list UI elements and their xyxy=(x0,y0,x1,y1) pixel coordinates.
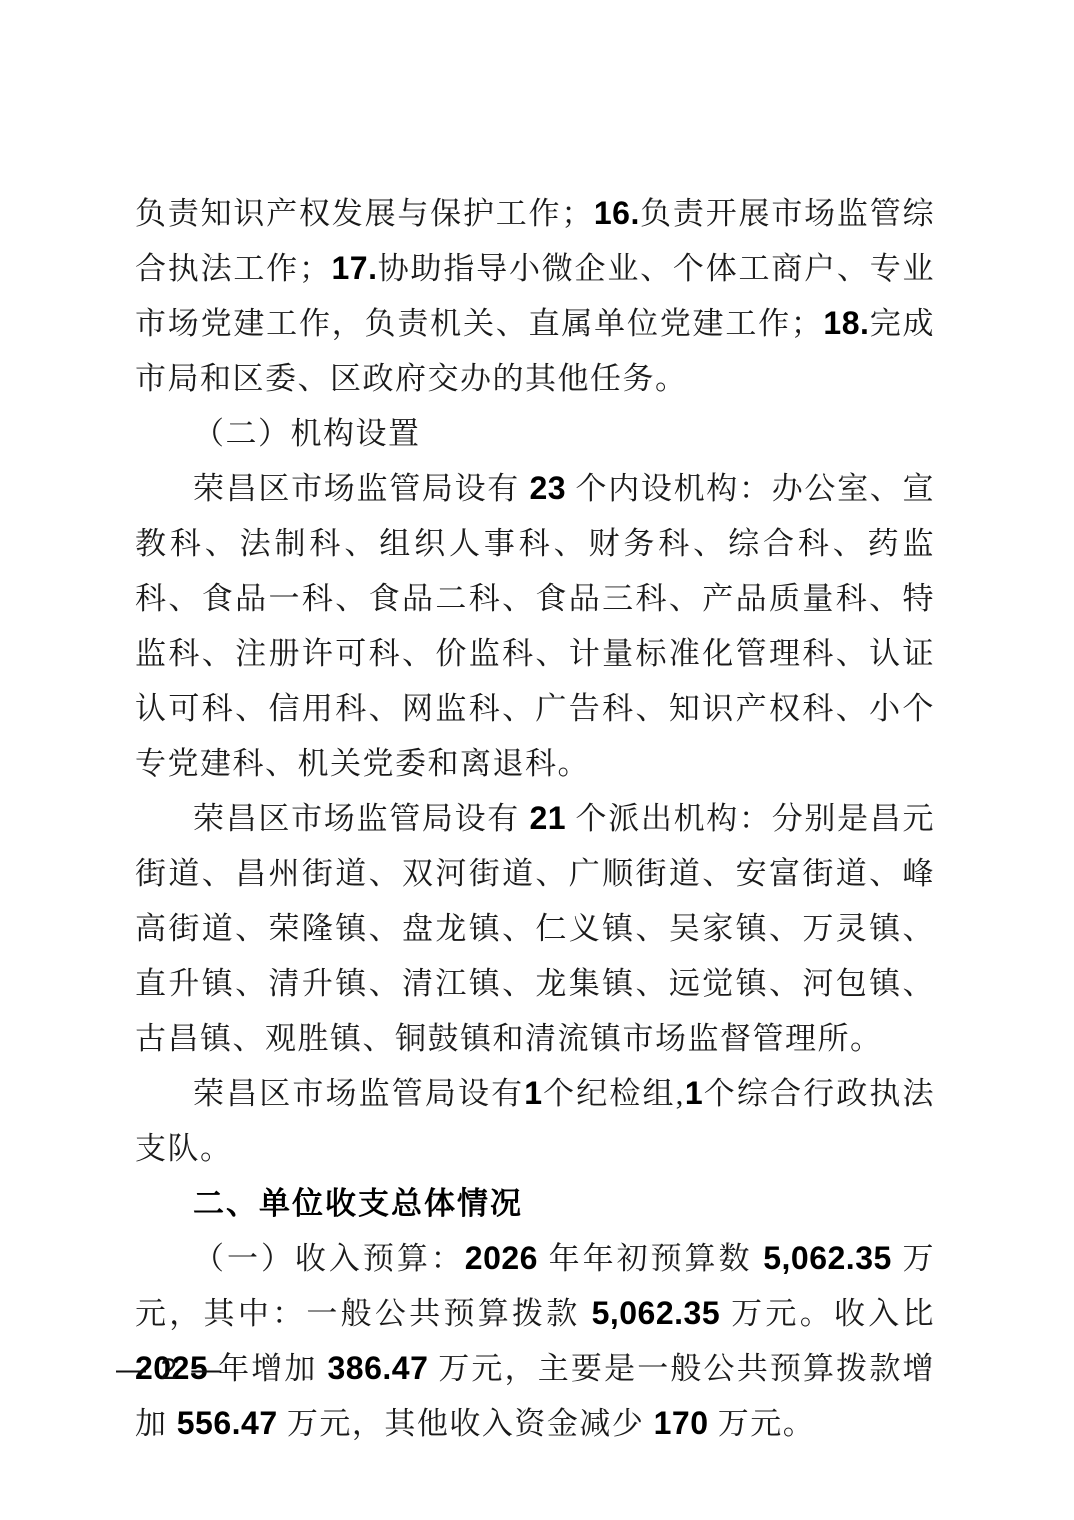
text-run: （二）机构设置 xyxy=(193,416,421,451)
number-run: 5,062.35 xyxy=(592,1295,721,1331)
text-run: 个内设机构：办公室、宣教科、法制科、组织人事科、财务科、综合科、药监科、食品一科… xyxy=(135,471,935,781)
number-run: 556.47 xyxy=(177,1405,278,1441)
document-page: 负责知识产权发展与保护工作；16.负责开展市场监管综合执法工作；17.协助指导小… xyxy=(0,0,1074,1520)
number-run: 386.47 xyxy=(327,1350,428,1386)
text-run: 年年初预算数 xyxy=(538,1241,763,1276)
text-run: 二、单位收支总体情况 xyxy=(193,1186,523,1221)
number-run: 18. xyxy=(823,305,869,341)
text-run: （一）收入预算： xyxy=(193,1241,465,1276)
text-run: 荣昌区市场监管局设有 xyxy=(193,471,529,506)
text-run: 年增加 xyxy=(208,1351,327,1386)
number-run: 17. xyxy=(331,250,377,286)
number-run: 2026 xyxy=(465,1240,538,1276)
text-run: 万元。收入比 xyxy=(720,1296,935,1331)
number-run: 170 xyxy=(654,1405,709,1441)
number-run: 1 xyxy=(685,1075,703,1111)
number-run: 1 xyxy=(524,1075,542,1111)
page-number: — 2 — xyxy=(116,1342,224,1397)
paragraph: 荣昌区市场监管局设有 21 个派出机构：分别是昌元街道、昌州街道、双河街道、广顺… xyxy=(135,791,935,1066)
text-run: 万元，其他收入资金减少 xyxy=(278,1406,654,1441)
paragraph: 荣昌区市场监管局设有1个纪检组,1个综合行政执法支队。 xyxy=(135,1066,935,1176)
text-run: 荣昌区市场监管局设有 xyxy=(193,1076,524,1111)
paragraph: 负责知识产权发展与保护工作；16.负责开展市场监管综合执法工作；17.协助指导小… xyxy=(135,186,935,406)
number-run: 5,062.35 xyxy=(763,1240,892,1276)
document-body: 负责知识产权发展与保护工作；16.负责开展市场监管综合执法工作；17.协助指导小… xyxy=(135,186,935,1451)
text-run: 荣昌区市场监管局设有 xyxy=(193,801,529,836)
section-heading: 二、单位收支总体情况 xyxy=(135,1176,935,1231)
text-run: 个派出机构：分别是昌元街道、昌州街道、双河街道、广顺街道、安富街道、峰高街道、荣… xyxy=(135,801,935,1056)
text-run: 负责知识产权发展与保护工作； xyxy=(135,196,594,231)
paragraph: （一）收入预算：2026 年年初预算数 5,062.35 万元，其中：一般公共预… xyxy=(135,1231,935,1451)
text-run: 万元。 xyxy=(709,1406,816,1441)
number-run: 23 xyxy=(529,470,566,506)
paragraph: 荣昌区市场监管局设有 23 个内设机构：办公室、宣教科、法制科、组织人事科、财务… xyxy=(135,461,935,791)
text-run: 个纪检组, xyxy=(543,1076,685,1111)
paragraph: （二）机构设置 xyxy=(135,406,935,461)
number-run: 21 xyxy=(529,800,566,836)
number-run: 16. xyxy=(594,195,640,231)
